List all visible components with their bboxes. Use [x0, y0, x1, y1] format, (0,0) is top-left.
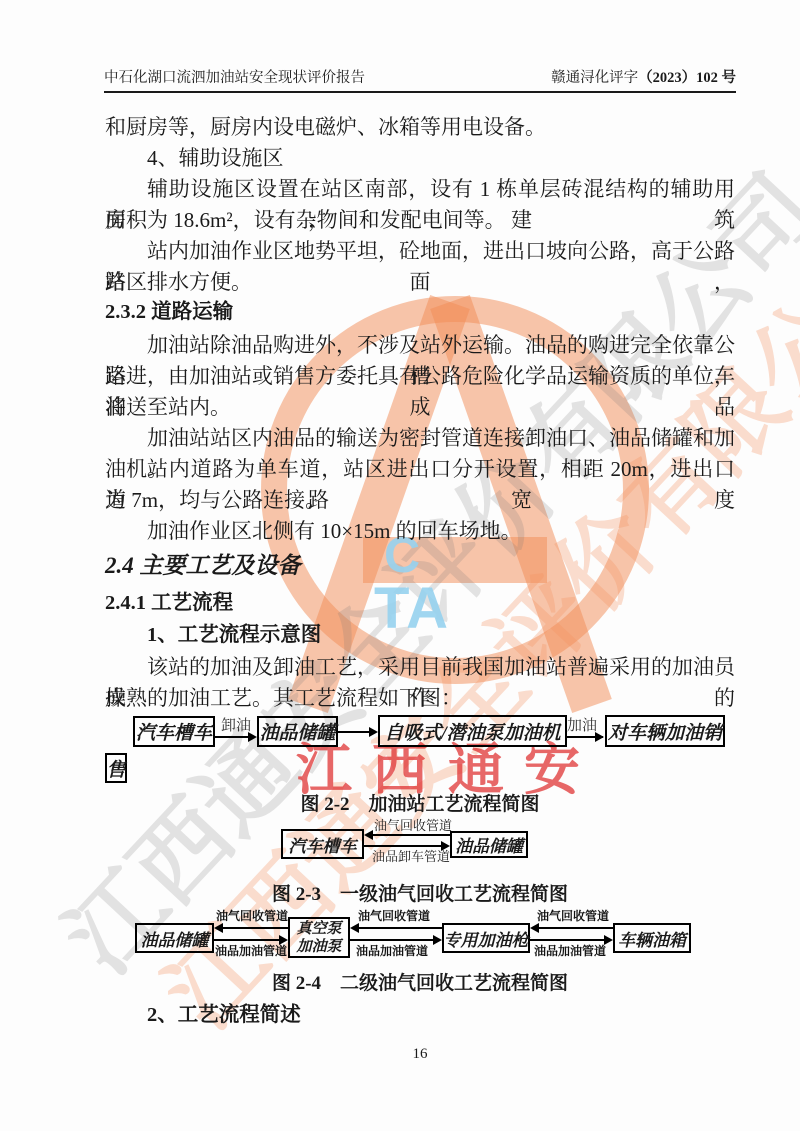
- header-report-title: 中石化湖口流泗加油站安全现状评价报告: [104, 66, 365, 87]
- body-line: 为 7m，均与公路连接。: [105, 485, 735, 516]
- arrowhead-left: [530, 923, 539, 933]
- header-doc-no-value: （2023）102 号: [638, 70, 736, 86]
- fig22-box-dispenser: 自吸式/潜油泵加油机: [378, 715, 567, 747]
- arrow-line: [216, 927, 288, 929]
- fig22-box-sales-wrap: 售: [105, 753, 127, 783]
- body-line: 4、辅助设施区: [105, 143, 735, 174]
- fig22-box-oil-tank: 油品储罐: [257, 716, 338, 747]
- subsection-heading-flow-diagram: 1、工艺流程示意图: [105, 620, 735, 651]
- fig24-caption: 图 2-4 二级油气回收工艺流程简图: [105, 968, 735, 995]
- fig24-box-vacuum-pump: 真空泵加油泵: [288, 917, 350, 958]
- body-line: 加油站除油品购进外，不涉及站外运输。油品的购进完全依靠公路槽车: [105, 330, 735, 361]
- fig24-label-vapor-pipe: 油气回收管道: [358, 910, 430, 922]
- arrow-line: [350, 939, 436, 941]
- fig22-caption: 图 2-2 加油站工艺流程简图: [105, 789, 735, 816]
- fig24-label-vapor-pipe: 油气回收管道: [537, 910, 609, 922]
- arrowhead-left: [364, 830, 373, 840]
- document-page: 江西通安全评价有限公司 江西通安全评价有限公司 C TA 江西通安 中石化湖口流…: [0, 0, 800, 1131]
- arrowhead-left: [350, 923, 359, 933]
- header-document-number: 赣通浔化评字（2023）102 号: [551, 66, 736, 87]
- arrow-line: [364, 845, 444, 847]
- fig23-label-unload-pipe: 油品卸车管道: [372, 850, 450, 863]
- body-line: 运进，由加油站或销售方委托具有公路危险化学品运输资质的单位，将成品: [105, 361, 735, 392]
- arrow-line: [366, 834, 450, 836]
- arrow-line: [530, 939, 607, 941]
- body-line: 和厨房等，厨房内设电磁炉、冰箱等用电设备。: [105, 112, 735, 143]
- section-heading-2-4-1: 2.4.1 工艺流程: [105, 588, 735, 619]
- body-line: 油送至站内。: [105, 392, 735, 423]
- section-heading-2-3-2: 2.3.2 道路运输: [105, 297, 735, 328]
- fig24-label-vapor-pipe: 油气回收管道: [216, 910, 288, 922]
- body-line: 辅助设施区设置在站区南部，设有 1 栋单层砖混结构的辅助用房，建筑: [105, 174, 735, 205]
- fig24-box-nozzle: 专用加油枪: [442, 923, 530, 953]
- page-number: 16: [105, 1046, 735, 1063]
- body-line: 站区排水方便。: [105, 267, 735, 298]
- arrowhead-right: [248, 732, 257, 742]
- arrowhead-right: [595, 732, 604, 742]
- arrowhead-right: [369, 727, 378, 737]
- fig24-label-fuel-pipe: 油品加油管道: [534, 945, 606, 957]
- body-line: 加油作业区北侧有 10×15m 的回车场地。: [105, 516, 735, 547]
- subsection-heading-flow-description: 2、工艺流程简述: [105, 1000, 735, 1031]
- arrow-line: [532, 927, 613, 929]
- fig22-label-unload: 卸油: [221, 719, 251, 734]
- body-line: 加油站站区内油品的输送为密封管道连接卸油口、油品储罐和加油机。: [105, 423, 735, 454]
- fig24-label-fuel-pipe: 油品加油管道: [215, 945, 287, 957]
- fig24-label-fuel-pipe: 油品加油管道: [356, 945, 428, 957]
- header-rule: [104, 91, 736, 93]
- body-line: 站内道路为单车道，站区进出口分开设置，相距 20m，进出口道路宽度: [105, 454, 735, 485]
- body-line: 成熟的加油工艺。其工艺流程如下图：: [105, 683, 735, 714]
- fig23-box-tanker-truck: 汽车槽车: [281, 829, 364, 859]
- fig22-label-refuel: 加油: [567, 719, 597, 734]
- section-heading-2-4: 2.4 主要工艺及设备: [105, 550, 735, 581]
- arrowhead-right: [433, 935, 442, 945]
- fig24-mid-box-line2: 加油泵: [296, 938, 341, 956]
- header-doc-no-prefix: 赣通浔化评字: [551, 70, 638, 86]
- arrow-line: [214, 939, 282, 941]
- fig24-box-oil-tank: 油品储罐: [135, 923, 214, 953]
- fig23-caption: 图 2-3 一级油气回收工艺流程简图: [105, 879, 735, 906]
- body-line: 面积为 18.6m²，设有杂物间和发配电间等。: [105, 205, 735, 236]
- arrow-line: [215, 736, 251, 738]
- fig23-label-vapor-pipe: 油气回收管道: [374, 819, 452, 832]
- arrow-line: [352, 927, 442, 929]
- fig24-mid-box-line1: 真空泵: [296, 920, 341, 938]
- arrow-line: [338, 731, 372, 733]
- fig22-box-vehicle-sales: 对车辆加油销: [605, 715, 725, 747]
- body-line: 站内加油作业区地势平坦，砼地面，进出口坡向公路，高于公路路面，: [105, 236, 735, 267]
- fig23-box-oil-tank: 油品储罐: [450, 831, 528, 858]
- fig22-box-tanker-truck: 汽车槽车: [133, 716, 215, 747]
- fig24-box-vehicle-tank: 车辆油箱: [613, 923, 691, 953]
- body-line: 该站的加油及卸油工艺，采用目前我国加油站普遍采用的加油员操作的: [105, 652, 735, 683]
- arrowhead-left: [214, 923, 223, 933]
